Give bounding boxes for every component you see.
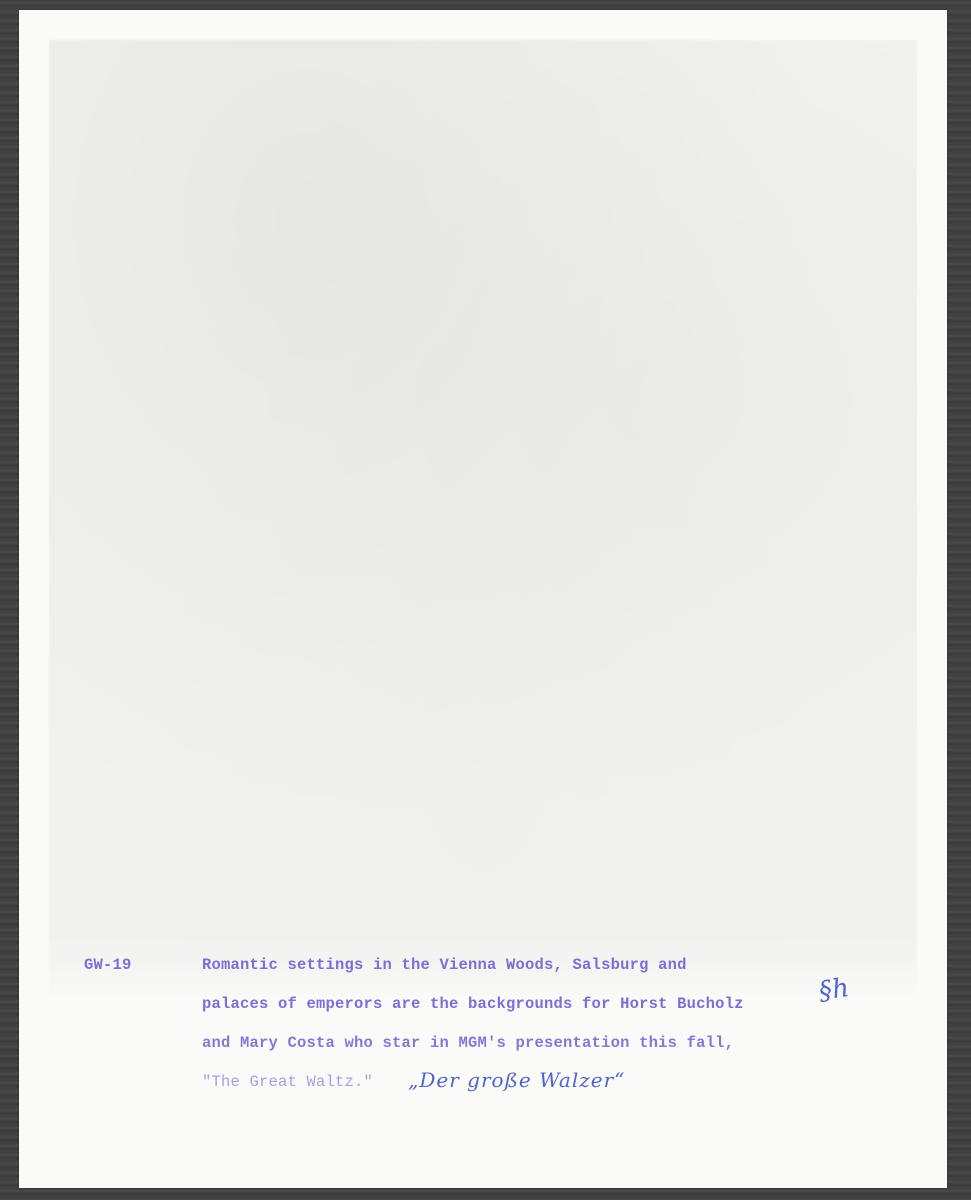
caption-line-3: and Mary Costa who star in MGM's present… [202,1034,734,1052]
handwritten-correction-mark: §h [817,973,851,1007]
caption-line-2: palaces of emperors are the backgrounds … [202,995,744,1013]
caption-line-1: Romantic settings in the Vienna Woods, S… [202,956,687,974]
typed-caption: GW-19 Romantic settings in the Vienna Wo… [0,0,971,1200]
photo-code: GW-19 [84,956,132,974]
caption-line-4: "The Great Waltz." [202,1073,373,1091]
handwritten-title: „Der große Walzer“ [408,1068,625,1092]
